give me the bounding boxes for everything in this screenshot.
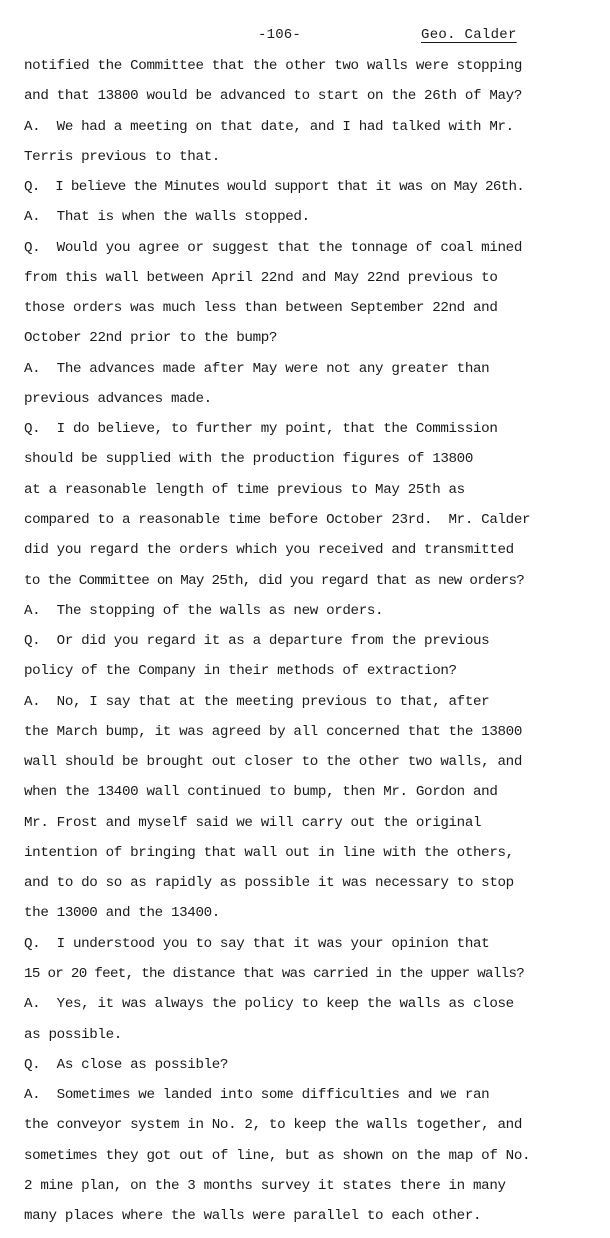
transcript-line: 15 or 20 feet, the distance that was car… <box>24 964 610 994</box>
transcript-line: October 22nd prior to the bump? <box>24 328 610 358</box>
transcript-line: at a reasonable length of time previous … <box>24 480 610 510</box>
transcript-line: and to do so as rapidly as possible it w… <box>24 873 610 903</box>
transcript-line: A. The stopping of the walls as new orde… <box>24 601 610 631</box>
transcript-line: 2 mine plan, on the 3 months survey it s… <box>24 1176 610 1206</box>
transcript-line: the March bump, it was agreed by all con… <box>24 722 610 752</box>
transcript-line: those orders was much less than between … <box>24 298 610 328</box>
transcript-line: as possible. <box>24 1025 610 1055</box>
transcript-line: when the 13400 wall continued to bump, t… <box>24 782 610 812</box>
transcript-line: Q. I believe the Minutes would support t… <box>24 177 610 207</box>
transcript-line: Q. Would you agree or suggest that the t… <box>24 238 610 268</box>
transcript-line: and that 13800 would be advanced to star… <box>24 86 610 116</box>
transcript-line: from this wall between April 22nd and Ma… <box>24 268 610 298</box>
transcript-line: the 13000 and the 13400. <box>24 903 610 933</box>
transcript-line: did you regard the orders which you rece… <box>24 540 610 570</box>
transcript-line: Q. I do believe, to further my point, th… <box>24 419 610 449</box>
transcript-line: Q. Or did you regard it as a departure f… <box>24 631 610 661</box>
transcript-line: A. That is when the walls stopped. <box>24 207 610 237</box>
transcript-line: Mr. Frost and myself said we will carry … <box>24 813 610 843</box>
transcript-line: many places where the walls were paralle… <box>24 1206 610 1236</box>
transcript-line: A. We had a meeting on that date, and I … <box>24 117 610 147</box>
transcript-line: Q. As close as possible? <box>24 1055 610 1085</box>
transcript-line: Terris previous to that. <box>24 147 610 177</box>
transcript-line: policy of the Company in their methods o… <box>24 661 610 691</box>
transcript-line: wall should be brought out closer to the… <box>24 752 610 782</box>
transcript-line: A. Yes, it was always the policy to keep… <box>24 994 610 1024</box>
document-page: -106- Geo. Calder notified the Committee… <box>0 0 610 1238</box>
transcript-line: intention of bringing that wall out in l… <box>24 843 610 873</box>
transcript-line: Q. I understood you to say that it was y… <box>24 934 610 964</box>
transcript-line: the conveyor system in No. 2, to keep th… <box>24 1115 610 1145</box>
transcript-body: notified the Committee that the other tw… <box>24 56 610 1236</box>
transcript-line: to the Committee on May 25th, did you re… <box>24 571 610 601</box>
transcript-line: previous advances made. <box>24 389 610 419</box>
transcript-line: compared to a reasonable time before Oct… <box>24 510 610 540</box>
transcript-line: A. Sometimes we landed into some difficu… <box>24 1085 610 1115</box>
transcript-line: A. The advances made after May were not … <box>24 359 610 389</box>
transcript-line: sometimes they got out of line, but as s… <box>24 1146 610 1176</box>
transcript-line: should be supplied with the production f… <box>24 449 610 479</box>
witness-name: Geo. Calder <box>421 27 524 43</box>
transcript-line: notified the Committee that the other tw… <box>24 56 610 86</box>
transcript-line: A. No, I say that at the meeting previou… <box>24 692 610 722</box>
page-number: -106- <box>258 27 301 43</box>
